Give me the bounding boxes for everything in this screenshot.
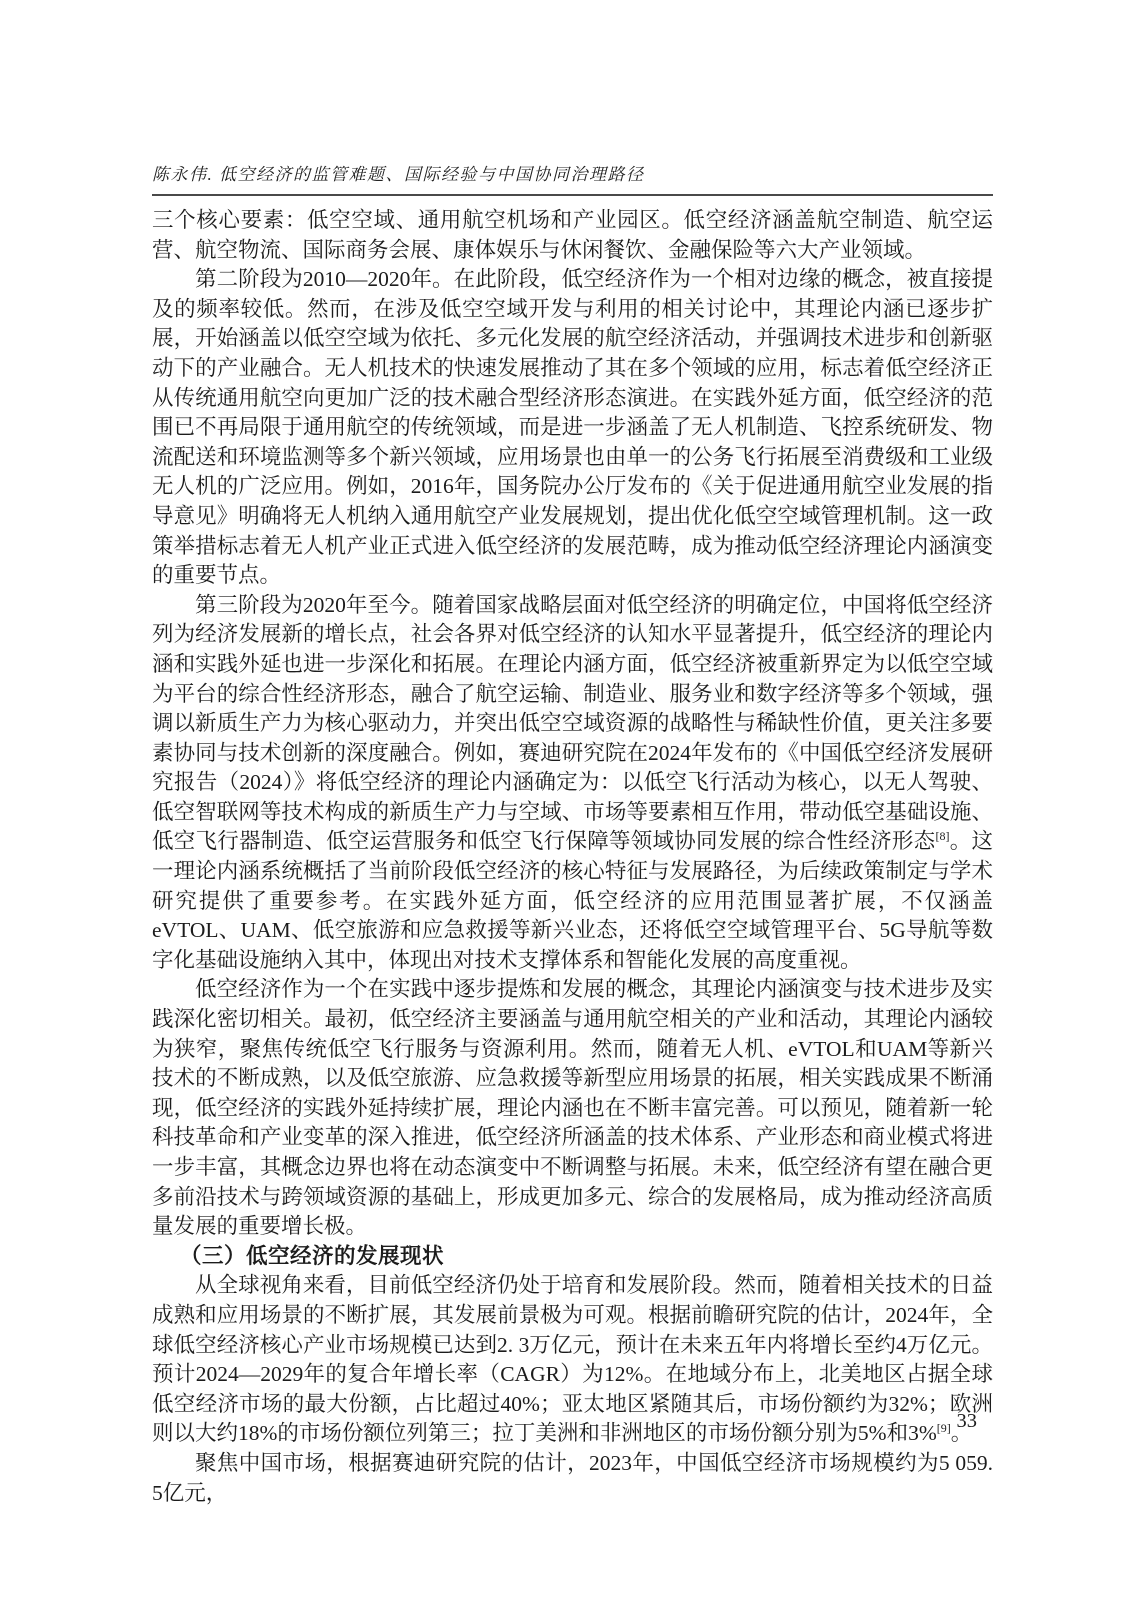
section-heading: （三）低空经济的发展现状 <box>152 1242 993 1272</box>
article-body: 三个核心要素：低空空域、通用航空机场和产业园区。低空经济涵盖航空制造、航空运营、… <box>152 206 993 1508</box>
document-page: 陈永伟. 低空经济的监管难题、国际经验与中国协同治理路径 三个核心要素：低空空域… <box>0 0 1140 1600</box>
page-number: 33 <box>957 1410 994 1433</box>
paragraph: 第二阶段为2010—2020年。在此阶段，低空经济作为一个相对边缘的概念，被直接… <box>152 265 993 591</box>
paragraph: 聚焦中国市场，根据赛迪研究院的估计，2023年，中国低空经济市场规模约为5 05… <box>152 1449 993 1508</box>
paragraph: 三个核心要素：低空空域、通用航空机场和产业园区。低空经济涵盖航空制造、航空运营、… <box>152 206 993 265</box>
footnote-reference: [8] <box>935 829 949 843</box>
paragraph: 第三阶段为2020年至今。随着国家战略层面对低空经济的明确定位，中国将低空经济列… <box>152 591 993 976</box>
paragraph: 低空经济作为一个在实践中逐步提炼和发展的概念，其理论内涵演变与技术进步及实践深化… <box>152 975 993 1241</box>
header-rule <box>152 194 993 196</box>
running-header-text: 陈永伟. 低空经济的监管难题、国际经验与中国协同治理路径 <box>152 160 993 185</box>
running-header: 陈永伟. 低空经济的监管难题、国际经验与中国协同治理路径 <box>152 160 993 196</box>
page-footer: 33 <box>152 1410 993 1433</box>
